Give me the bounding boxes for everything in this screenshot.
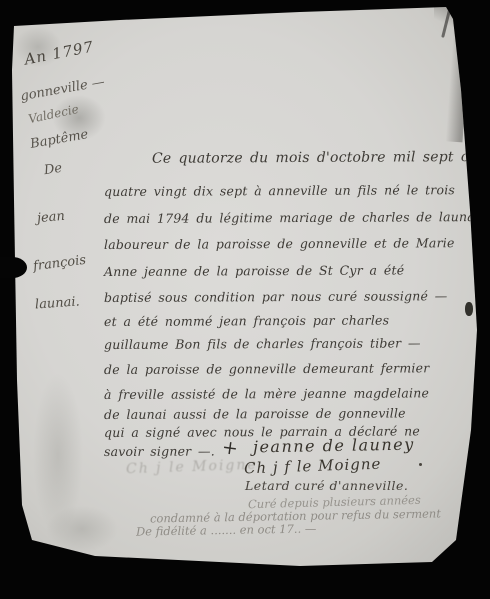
margin-note-year: An 1797 (23, 37, 96, 68)
manuscript-line: quatre vingt dix sept à anneville un fil… (104, 182, 490, 211)
corner-fold-crease (441, 6, 452, 38)
manuscript-line: guillaume Bon fils de charles françois t… (104, 335, 490, 362)
right-edge-shadow (445, 12, 471, 143)
margin-note-parish: gonneville — (19, 75, 106, 105)
manuscript-line: à freville assisté de la mère jeanne mag… (104, 385, 490, 407)
margin-note-place: Valdecie (27, 102, 80, 126)
margin-note-record-type: Baptême (29, 127, 89, 152)
ink-speck (419, 463, 422, 466)
ink-bleed-signature: Ch j le Moigne (126, 457, 258, 478)
edge-tear-mark (465, 302, 473, 316)
paper-smudge (34, 498, 130, 560)
scan-background: An 1797 gonneville — Valdecie Baptême De… (0, 0, 490, 599)
corner-fold-shade (434, 5, 456, 35)
margin-note-middle-name: françois (32, 253, 87, 274)
record-body: Ce quatorze du mois d'octobre mil sept c… (104, 150, 490, 468)
faint-annotation-3: De fidélité a ....... en oct 17.. — (136, 521, 317, 538)
signature-cross-mark: + (221, 436, 240, 460)
manuscript-line: de launai aussi de la paroisse de gonnev… (104, 405, 490, 425)
paper-smudge (26, 350, 90, 560)
margin-note-particle: De (43, 161, 63, 178)
signature-witness: Ch j f le Moigne (244, 455, 382, 478)
manuscript-line: et a été nommé jean françois par charles (104, 311, 490, 337)
manuscript-line: baptisé sous condition par nous curé sou… (104, 288, 490, 314)
signature-godmother: jeanne de launey (253, 435, 415, 457)
margin-note-first-name: jean (36, 209, 65, 226)
margin-note-surname: launai. (35, 294, 81, 312)
manuscript-line: laboureur de la paroisse de gonneville e… (104, 235, 490, 264)
signature-priest: Letard curé d'anneville. (245, 478, 408, 493)
manuscript-line: Ce quatorze du mois d'octobre mil sept c… (104, 149, 490, 184)
manuscript-line: de mai 1794 du légitime mariage de charl… (104, 208, 490, 237)
manuscript-line: de la paroisse de gonneville demeurant f… (104, 360, 490, 387)
manuscript-line: Anne jeanne de la paroisse de St Cyr a é… (104, 261, 490, 290)
document-page: An 1797 gonneville — Valdecie Baptême De… (0, 0, 490, 599)
